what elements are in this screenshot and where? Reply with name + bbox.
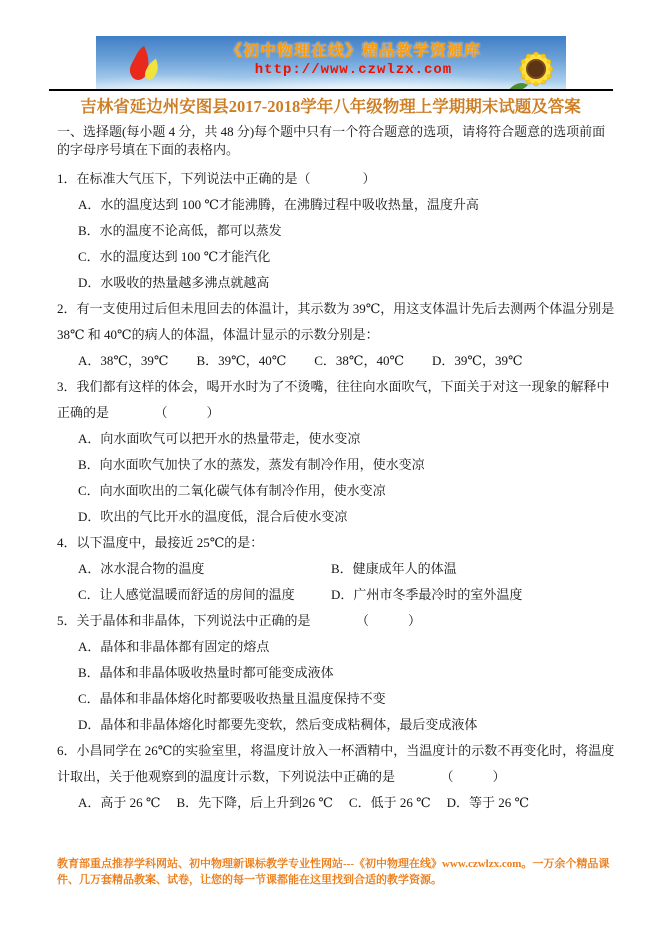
sunflower-icon	[502, 39, 566, 89]
question-6-stem: 6．小昌同学在 26℃的实验室里，将温度计放入一杯酒精中，当温度计的示数不再变化…	[57, 738, 617, 790]
option-a: A．向水面吹气可以把开水的热量带走，使水变凉	[78, 426, 617, 452]
question-5-options: A．晶体和非晶体都有固定的熔点 B．晶体和非晶体吸收热量时都可能变成液体 C．晶…	[57, 634, 617, 738]
option-d: D．等于 26 ℃	[447, 790, 529, 816]
question-6-options: A．高于 26 ℃ B．先下降，后上升到26 ℃ C．低于 26 ℃ D．等于 …	[57, 790, 617, 816]
question-2: 2．有一支使用过后但未甩回去的体温计，其示数为 39℃，用这支体温计先后去测两个…	[57, 296, 617, 374]
option-a: A．冰水混合物的温度	[78, 556, 331, 582]
section-intro: 一、选择题(每小题 4 分，共 48 分)每个题中只有一个符合题意的选项，请将符…	[57, 123, 615, 158]
option-b: B．39℃，40℃	[196, 348, 286, 374]
option-b: B．向水面吹气加快了水的蒸发，蒸发有制冷作用，使水变凉	[78, 452, 617, 478]
banner-site-url: http://www.czwlzx.com	[204, 62, 504, 78]
option-c: C．晶体和非晶体熔化时都要吸收热量且温度保持不变	[78, 686, 617, 712]
question-4-stem: 4．以下温度中，最接近 25℃的是：	[57, 530, 617, 556]
option-c: C．38℃，40℃	[314, 348, 404, 374]
option-b: B．水的温度不论高低，都可以蒸发	[78, 218, 617, 244]
question-4: 4．以下温度中，最接近 25℃的是： A．冰水混合物的温度 B．健康成年人的体温…	[57, 530, 617, 608]
question-6: 6．小昌同学在 26℃的实验室里，将温度计放入一杯酒精中，当温度计的示数不再变化…	[57, 738, 617, 816]
option-c: C．向水面吹出的二氧化碳气体有制冷作用，使水变凉	[78, 478, 617, 504]
option-d: D．水吸收的热量越多沸点就越高	[78, 270, 617, 296]
option-d: D．39℃，39℃	[432, 348, 522, 374]
question-1-stem: 1．在标准大气压下，下列说法中正确的是（ ）	[57, 166, 617, 192]
page-title: 吉林省延边州安图县2017-2018学年八年级物理上学期期末试题及答案	[30, 97, 631, 117]
question-4-options: A．冰水混合物的温度 B．健康成年人的体温 C．让人感觉温暖而舒适的房间的温度 …	[57, 556, 617, 608]
option-d: D．吹出的气比开水的温度低，混合后使水变凉	[78, 504, 617, 530]
option-d: D．晶体和非晶体熔化时都要先变软，然后变成粘稠体，最后变成液体	[78, 712, 617, 738]
site-logo-icon	[122, 44, 166, 88]
option-a: A．高于 26 ℃	[78, 790, 160, 816]
question-2-stem: 2．有一支使用过后但未甩回去的体温计，其示数为 39℃，用这支体温计先后去测两个…	[57, 296, 617, 348]
option-c: C．让人感觉温暖而舒适的房间的温度	[78, 582, 331, 608]
question-3-stem: 3．我们都有这样的体会，喝开水时为了不烫嘴，往往向水面吹气，下面关于对这一现象的…	[57, 374, 617, 426]
header-divider	[49, 89, 613, 91]
site-banner: 《初中物理在线》精品教学资源库 http://www.czwlzx.com	[96, 36, 566, 89]
option-b: B．健康成年人的体温	[331, 556, 617, 582]
option-a: A．水的温度达到 100 ℃才能沸腾，在沸腾过程中吸收热量，温度升高	[78, 192, 617, 218]
option-c: C．水的温度达到 100 ℃才能汽化	[78, 244, 617, 270]
option-a: A．38℃，39℃	[78, 348, 168, 374]
option-a: A．晶体和非晶体都有固定的熔点	[78, 634, 617, 660]
question-3: 3．我们都有这样的体会，喝开水时为了不烫嘴，往往向水面吹气，下面关于对这一现象的…	[57, 374, 617, 530]
footer-promo-text: 教育部重点推荐学科网站、初中物理新课标教学专业性网站---《初中物理在线》www…	[57, 856, 610, 888]
question-2-options: A．38℃，39℃ B．39℃，40℃ C．38℃，40℃ D．39℃，39℃	[57, 348, 617, 374]
question-3-options: A．向水面吹气可以把开水的热量带走，使水变凉 B．向水面吹气加快了水的蒸发，蒸发…	[57, 426, 617, 530]
question-1: 1．在标准大气压下，下列说法中正确的是（ ） A．水的温度达到 100 ℃才能沸…	[57, 166, 617, 296]
option-c: C．低于 26 ℃	[349, 790, 431, 816]
option-d: D．广州市冬季最冷时的室外温度	[331, 582, 617, 608]
banner-site-title: 《初中物理在线》精品教学资源库	[204, 38, 504, 61]
option-b: B．晶体和非晶体吸收热量时都可能变成液体	[78, 660, 617, 686]
question-5-stem: 5．关于晶体和非晶体，下列说法中正确的是 （ ）	[57, 608, 617, 634]
exam-document-page: 《初中物理在线》精品教学资源库 http://www.czwlzx.com	[0, 0, 661, 936]
question-5: 5．关于晶体和非晶体，下列说法中正确的是 （ ） A．晶体和非晶体都有固定的熔点…	[57, 608, 617, 738]
question-1-options: A．水的温度达到 100 ℃才能沸腾，在沸腾过程中吸收热量，温度升高 B．水的温…	[57, 192, 617, 296]
option-b: B．先下降，后上升到26 ℃	[176, 790, 332, 816]
banner-text-block: 《初中物理在线》精品教学资源库 http://www.czwlzx.com	[204, 38, 504, 78]
